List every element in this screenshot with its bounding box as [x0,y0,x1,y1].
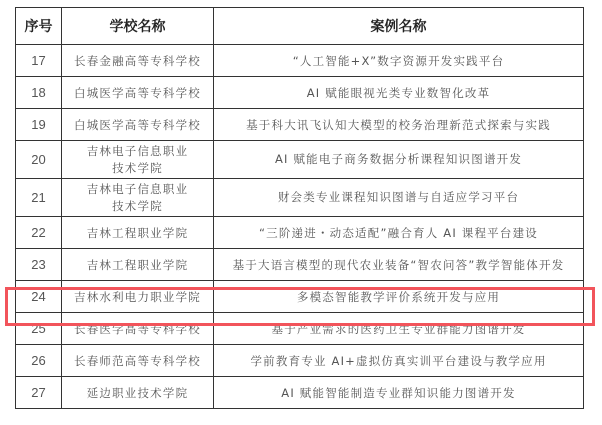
school-name: 吉林工程职业学院 [62,217,214,249]
school-name: 白城医学高等专科学校 [62,109,214,141]
case-name: 财会类专业课程知识图谱与自适应学习平台 [214,179,584,217]
row-index: 27 [16,377,62,409]
school-name-line2: 技术学院 [112,161,163,175]
table-row: 20 吉林电子信息职业技术学院 AI 赋能电子商务数据分析课程知识图谱开发 [16,141,584,179]
case-name: AI 赋能电子商务数据分析课程知识图谱开发 [214,141,584,179]
school-name: 吉林工程职业学院 [62,249,214,281]
case-name: 基于科大讯飞认知大模型的校务治理新范式探索与实践 [214,109,584,141]
school-name: 延边职业技术学院 [62,377,214,409]
table-row: 17 长春金融高等专科学校 “人工智能+X”数字资源开发实践平台 [16,45,584,77]
school-name: 吉林水利电力职业学院 [62,281,214,313]
row-index: 17 [16,45,62,77]
table-row: 23 吉林工程职业学院 基于大语言模型的现代农业装备“智农问答”教学智能体开发 [16,249,584,281]
row-index: 19 [16,109,62,141]
school-name-line1: 吉林电子信息职业 [87,144,189,158]
case-name: 基于大语言模型的现代农业装备“智农问答”教学智能体开发 [214,249,584,281]
row-index: 24 [16,281,62,313]
row-index: 22 [16,217,62,249]
case-name: AI 赋能眼视光类专业数智化改革 [214,77,584,109]
case-name: “三阶递进・动态适配”融合育人 AI 课程平台建设 [214,217,584,249]
row-index: 26 [16,345,62,377]
case-list-table: 序号 学校名称 案例名称 17 长春金融高等专科学校 “人工智能+X”数字资源开… [15,7,584,409]
school-name-line2: 技术学院 [112,199,163,213]
header-case-name: 案例名称 [214,8,584,45]
table-row: 27 延边职业技术学院 AI 赋能智能制造专业群知识能力图谱开发 [16,377,584,409]
header-school-name: 学校名称 [62,8,214,45]
school-name: 长春师范高等专科学校 [62,345,214,377]
school-name-line1: 吉林电子信息职业 [87,182,189,196]
row-index: 20 [16,141,62,179]
case-name: 学前教育专业 AI+虚拟仿真实训平台建设与教学应用 [214,345,584,377]
table-row: 22 吉林工程职业学院 “三阶递进・动态适配”融合育人 AI 课程平台建设 [16,217,584,249]
row-index: 18 [16,77,62,109]
row-index: 23 [16,249,62,281]
table-row: 21 吉林电子信息职业技术学院 财会类专业课程知识图谱与自适应学习平台 [16,179,584,217]
row-index: 25 [16,313,62,345]
case-name: 多模态智能教学评价系统开发与应用 [214,281,584,313]
table-row-highlighted: 24 吉林水利电力职业学院 多模态智能教学评价系统开发与应用 [16,281,584,313]
table-row: 18 白城医学高等专科学校 AI 赋能眼视光类专业数智化改革 [16,77,584,109]
case-name: “人工智能+X”数字资源开发实践平台 [214,45,584,77]
table-row: 25 长春医学高等专科学校 基于产业需求的医药卫生专业群能力图谱开发 [16,313,584,345]
school-name: 白城医学高等专科学校 [62,77,214,109]
school-name: 吉林电子信息职业技术学院 [62,141,214,179]
school-name: 长春医学高等专科学校 [62,313,214,345]
case-name: 基于产业需求的医药卫生专业群能力图谱开发 [214,313,584,345]
header-index: 序号 [16,8,62,45]
row-index: 21 [16,179,62,217]
table-row: 26 长春师范高等专科学校 学前教育专业 AI+虚拟仿真实训平台建设与教学应用 [16,345,584,377]
table-header-row: 序号 学校名称 案例名称 [16,8,584,45]
school-name: 长春金融高等专科学校 [62,45,214,77]
school-name: 吉林电子信息职业技术学院 [62,179,214,217]
case-name: AI 赋能智能制造专业群知识能力图谱开发 [214,377,584,409]
table-row: 19 白城医学高等专科学校 基于科大讯飞认知大模型的校务治理新范式探索与实践 [16,109,584,141]
